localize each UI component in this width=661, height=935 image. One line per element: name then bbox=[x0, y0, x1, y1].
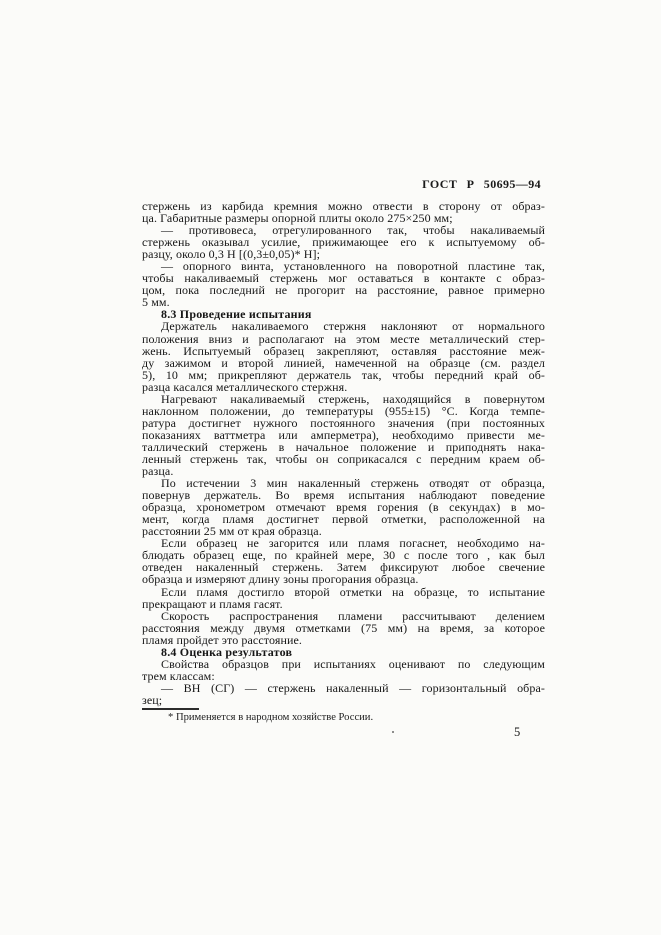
document-header-code: ГОСТ Р 50695—94 bbox=[142, 177, 541, 192]
text-line: прекращают и пламя гасят. bbox=[142, 598, 545, 610]
footnote-divider bbox=[142, 708, 199, 710]
text-line: Держатель накаливаемого стержня наклоняю… bbox=[142, 320, 545, 332]
text-line: Скорость распространения пламени рассчит… bbox=[142, 610, 545, 622]
text-line: пламя пройдет это расстояние. bbox=[142, 634, 545, 646]
text-line: — ВН (СГ) — стержень накаленный — горизо… bbox=[142, 682, 545, 694]
text-line: Нагревают накаливаемый стержень, находящ… bbox=[142, 393, 545, 405]
text-line: ду зажимом и второй линией, намеченной н… bbox=[142, 357, 545, 369]
scan-artifact-dot bbox=[392, 731, 394, 733]
section-heading-line: 8.4 Оценка результатов bbox=[142, 646, 545, 658]
text-line: жень. Испытуемый образец закрепляют, ост… bbox=[142, 345, 545, 357]
text-line: ленный стержень так, чтобы он соприкасал… bbox=[142, 453, 545, 465]
text-line: цом, пока последний не прогорит на расст… bbox=[142, 284, 545, 296]
document-page: ГОСТ Р 50695—94 стержень из карбида крем… bbox=[0, 0, 661, 935]
text-line: расстояния между двумя отметками (75 мм)… bbox=[142, 622, 545, 634]
text-line: зец; bbox=[142, 694, 545, 706]
body-text: стержень из карбида кремния можно отвест… bbox=[142, 200, 545, 706]
text-line: разца касался металлического стержня. bbox=[142, 381, 545, 393]
text-line: 5), 10 мм; прикрепляют держатель так, чт… bbox=[142, 369, 545, 381]
page-number: 5 bbox=[514, 725, 520, 740]
footnote: * Применяется в народном хозяйстве Росси… bbox=[142, 712, 545, 724]
text-line: образца и измеряют длину зоны прогорания… bbox=[142, 573, 545, 585]
text-line: положения вниз и располагают на этом мес… bbox=[142, 333, 545, 345]
text-line: Если пламя достигло второй отметки на об… bbox=[142, 586, 545, 598]
